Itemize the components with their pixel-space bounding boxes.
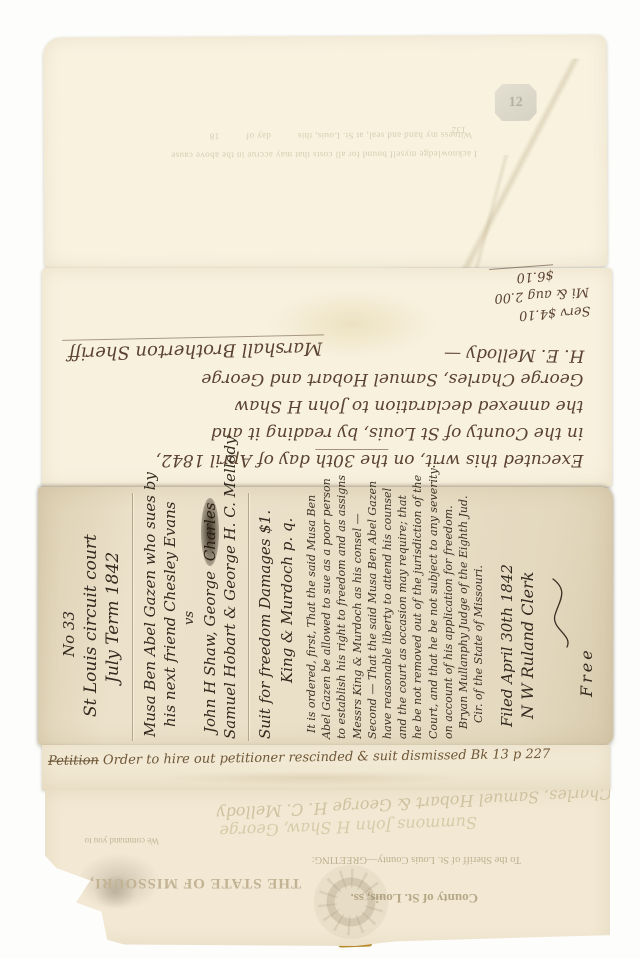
versus-label: vs <box>180 493 200 625</box>
docket-rotated-content: No 33 St Louis circuit court July Term 1… <box>48 493 610 741</box>
order-line: on account of his application for freedo… <box>441 493 456 739</box>
order-line: have reasonable liberty to attend his co… <box>380 493 395 739</box>
sheriff-signature: Marshall Brotherton Sheriff <box>62 334 325 363</box>
judge-signature: Bryan Mullanphy Judge of the Eighth Jud. <box>456 493 471 729</box>
fold-line <box>248 493 249 741</box>
defendant-line: Samuel Hobart & George H. C. Mellody <box>220 493 240 739</box>
court-term: July Term 1842 <box>102 493 124 683</box>
sheriff-return-text: Executed this writ, on the 30th day of A… <box>51 270 600 487</box>
clerk-signature: N W Ruland Clerk <box>518 493 537 719</box>
return-line: H. E. Mellody — <box>444 344 585 366</box>
defendant-line: John H Shaw, George Charles <box>200 493 220 733</box>
return-underlined-date: the 30th <box>315 449 388 470</box>
attorneys-note: King & Murdoch p. q. <box>278 493 296 683</box>
court-order: It is ordered, first, That the said Musa… <box>304 493 486 739</box>
plaintiff-line: his next friend Chesley Evans <box>160 493 180 727</box>
court-seal-rays <box>317 868 385 936</box>
docket-heading: No 33 St Louis circuit court July Term 1… <box>48 493 124 741</box>
return-line: George Charles, Samuel Hobart and George <box>59 365 583 392</box>
order-line: Abel Gazen be allowed to sue as a poor p… <box>319 493 334 739</box>
embossed-stamp: 12 <box>495 84 537 121</box>
bleedthrough-witness-line: Witness my hand and seal, at St. Louis, … <box>140 130 472 142</box>
defendant-text: John H Shaw, George <box>201 566 219 733</box>
bleedthrough-number: 132 <box>432 125 466 135</box>
order-line: to establish his right to freedom and as… <box>334 493 349 739</box>
annotation-text: Order to hire out petitioner rescinded &… <box>99 747 551 768</box>
return-line: Executed this writ, on the 30th day of A… <box>59 446 583 473</box>
judge-signature: Cir. of the State of Missouri. <box>471 493 486 723</box>
case-number: No 33 <box>58 493 80 657</box>
return-line: in the County of St Louis, by reading it… <box>59 419 583 446</box>
docket-panel: No 33 St Louis circuit court July Term 1… <box>38 487 613 745</box>
writ-front-panel: Charles, Samuel Hobart & George H. C. Me… <box>45 790 610 946</box>
bleedthrough-bond-line: I acknowledge myself bound for all costs… <box>135 149 477 161</box>
case-caption: Musa Ben Abel Gazen who sues by his next… <box>140 493 240 741</box>
plaintiff-line: Musa Ben Abel Gazen who sues by <box>140 493 160 737</box>
dismissal-annotation: Petition Order to hire out petitioner re… <box>48 746 604 769</box>
free-notation: Free <box>577 493 596 697</box>
clerk-flourish <box>547 577 573 649</box>
order-line: Court, and that he be not subject to any… <box>426 493 441 739</box>
ink-ghost-smudge <box>102 769 522 787</box>
greeting-line: To the Sheriff of St. Louis County—GREET… <box>213 854 521 865</box>
back-blank-panel: 12 Witness my hand and seal, at St. Loui… <box>43 35 607 270</box>
filed-note: Filed April 30th 1842 <box>498 493 516 727</box>
order-line: Second — That the said Musa Ben Abel Gaz… <box>365 493 380 739</box>
state-title: THE STATE OF MISSOURI, <box>113 874 301 891</box>
fee-list: Serv $4.10 Mi & aug 2.00 $6.10 <box>427 262 591 332</box>
order-line: he be not removed out of the jurisdictio… <box>410 493 425 739</box>
order-line: It is ordered, first, That the said Musa… <box>304 493 319 733</box>
paper-crease <box>417 155 568 276</box>
ink-blot: Charles <box>201 498 219 567</box>
annotation-strip: Petition Order to hire out petitioner re… <box>42 745 610 790</box>
suit-type: Suit for freedom Damages $1. <box>256 493 274 739</box>
sheriff-return-panel: Executed this writ, on the 30th day of A… <box>42 268 612 487</box>
return-text: Executed this writ, on <box>388 450 583 470</box>
struck-word: Petition <box>48 753 99 769</box>
return-line: the annexed declaration to John H Shaw <box>59 392 583 419</box>
order-line: and the court as occasion may require; t… <box>395 493 410 739</box>
order-line: Messrs King & Murdoch as his consel — <box>350 493 365 739</box>
fold-line <box>132 493 133 741</box>
court-name: St Louis circuit court <box>80 493 102 717</box>
command-line: We command you to <box>47 836 159 846</box>
document-photograph: 12 Witness my hand and seal, at St. Loui… <box>0 0 640 958</box>
